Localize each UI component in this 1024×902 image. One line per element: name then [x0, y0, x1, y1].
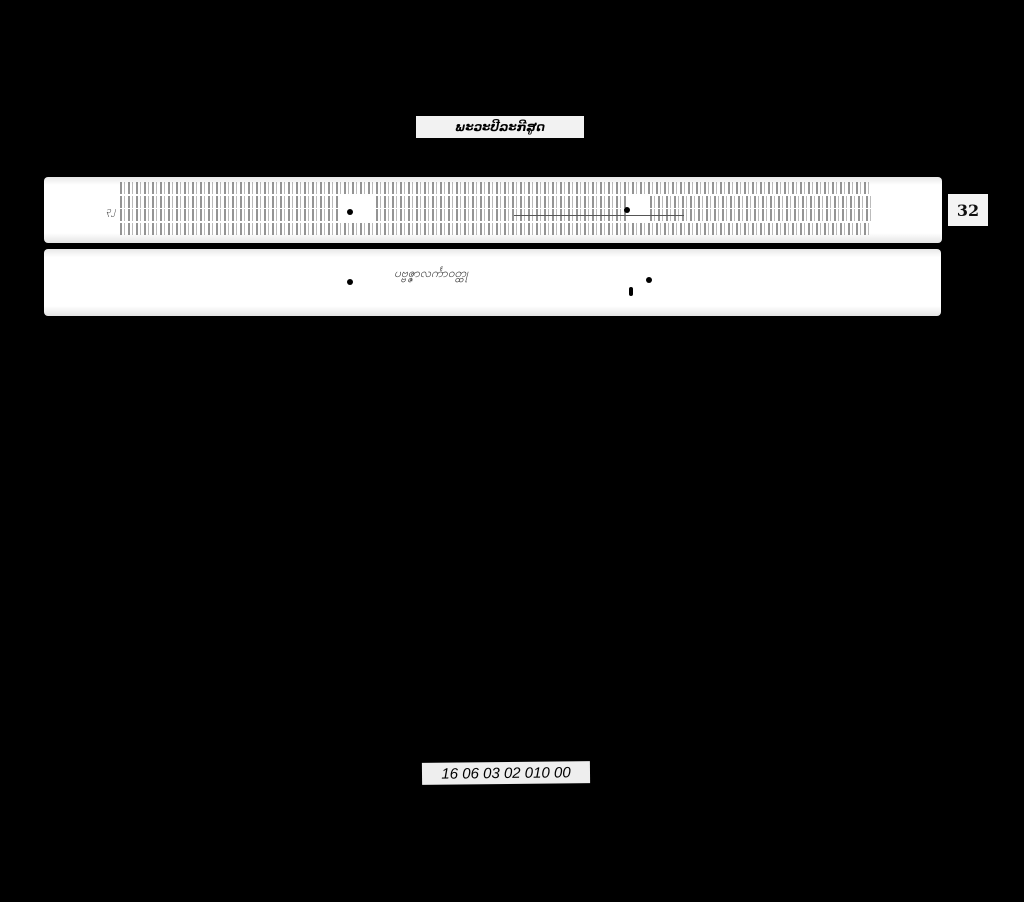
script-line-2-middle [376, 196, 626, 208]
script-line-4 [120, 223, 872, 235]
binding-mark-icon [629, 287, 633, 296]
script-line-2-right [650, 196, 872, 208]
page-number-label: 32 [948, 194, 988, 226]
palm-leaf-back: ပဗ္ဗဇ္ဇာလင်္ကာဝတ္ထု [44, 249, 941, 316]
binding-hole-icon [347, 209, 353, 215]
leaf-line-marker: ၃၂ [106, 205, 115, 218]
script-line-1 [120, 182, 872, 194]
script-line-3-left [120, 209, 340, 221]
binding-hole-icon [646, 277, 652, 283]
manuscript-title-label: ພະວະປີລະກີສູດ [416, 116, 584, 138]
palm-leaf-front: ၃၂ [44, 177, 942, 243]
leaf-title: ပဗ္ဗဇ္ဇာလင်္ကာဝတ္ထု [394, 265, 468, 283]
strike-line [514, 215, 684, 216]
binding-hole-icon [624, 207, 630, 213]
script-line-2-left [120, 196, 340, 208]
binding-hole-icon [347, 279, 353, 285]
catalog-number-label: 16 06 03 02 010 00 [422, 761, 590, 785]
